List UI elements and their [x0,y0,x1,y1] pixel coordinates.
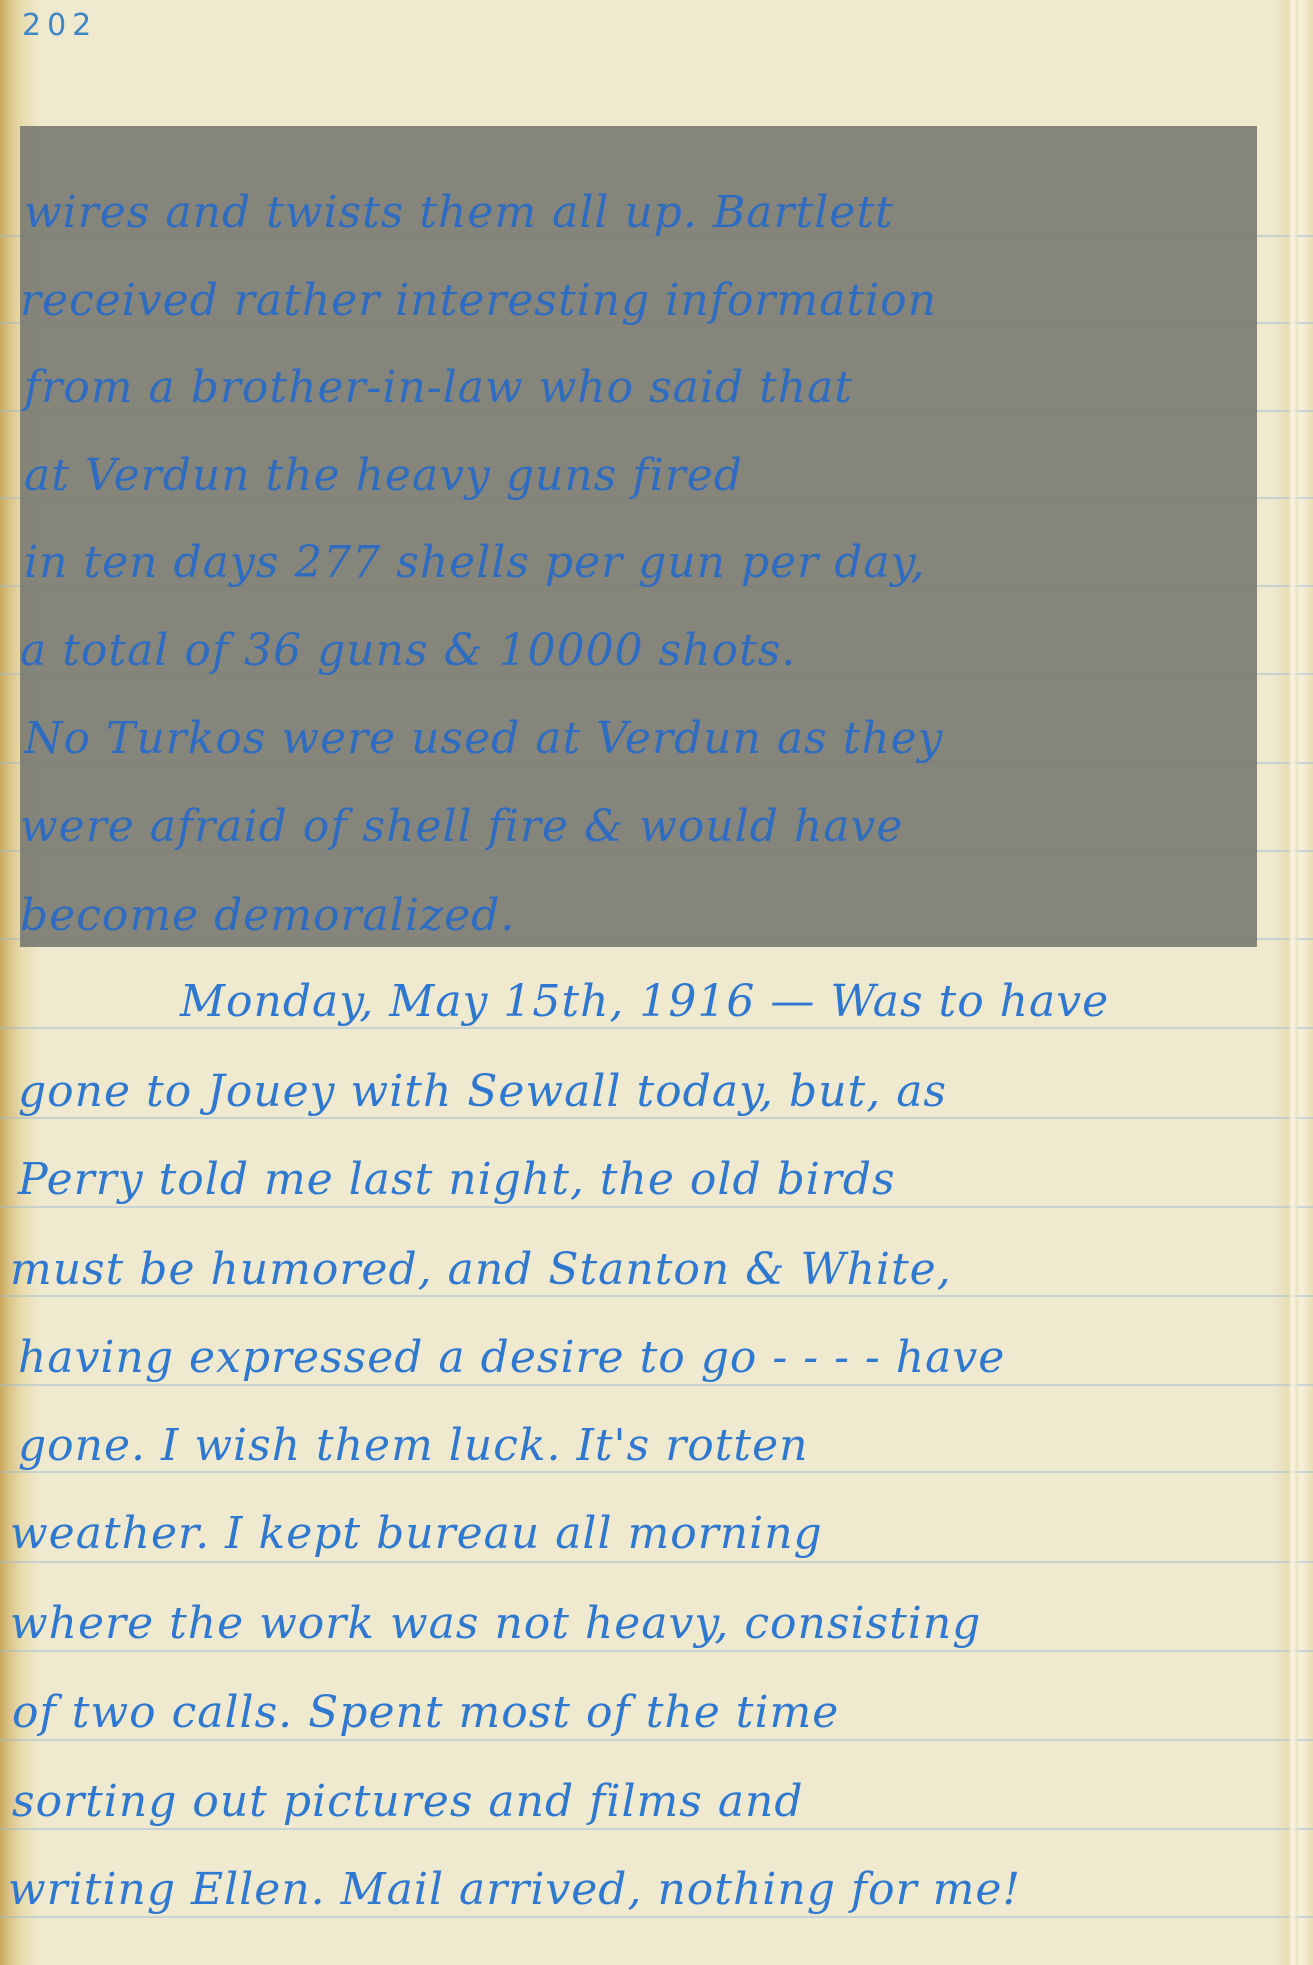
diary-entry: Monday, May 15th, 1916 — Was to have gon… [0,0,1313,1965]
diary-page: 202 wires and twists them all up. Bartle… [0,0,1313,1965]
handwritten-line: must be humored, and Stanton & White, [10,1240,952,1300]
entry-heading-line: Monday, May 15th, 1916 — Was to have [180,972,1109,1032]
handwritten-line: having expressed a desire to go - - - - … [18,1328,1005,1388]
handwritten-line: sorting out pictures and films and [12,1772,804,1832]
handwritten-line: gone to Jouey with Sewall today, but, as [18,1062,947,1122]
handwritten-line: where the work was not heavy, consisting [10,1594,981,1654]
handwritten-line: of two calls. Spent most of the time [12,1683,839,1743]
handwritten-line: weather. I kept bureau all morning [10,1504,823,1564]
handwritten-line: gone. I wish them luck. It's rotten [18,1416,808,1476]
handwritten-line: writing Ellen. Mail arrived, nothing for… [8,1860,1021,1920]
handwritten-line: Perry told me last night, the old birds [18,1150,896,1210]
